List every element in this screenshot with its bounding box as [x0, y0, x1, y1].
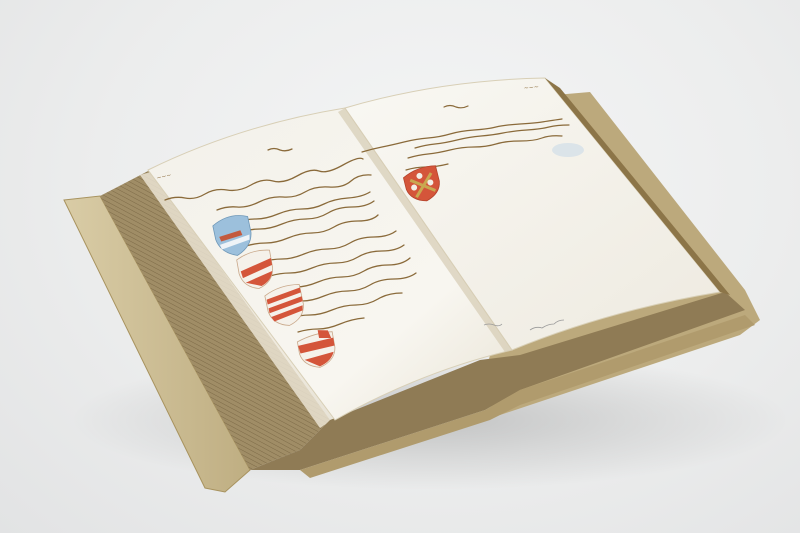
blue-smudge — [552, 143, 584, 157]
book-photograph: ~~~ ~~~ — [0, 0, 800, 533]
